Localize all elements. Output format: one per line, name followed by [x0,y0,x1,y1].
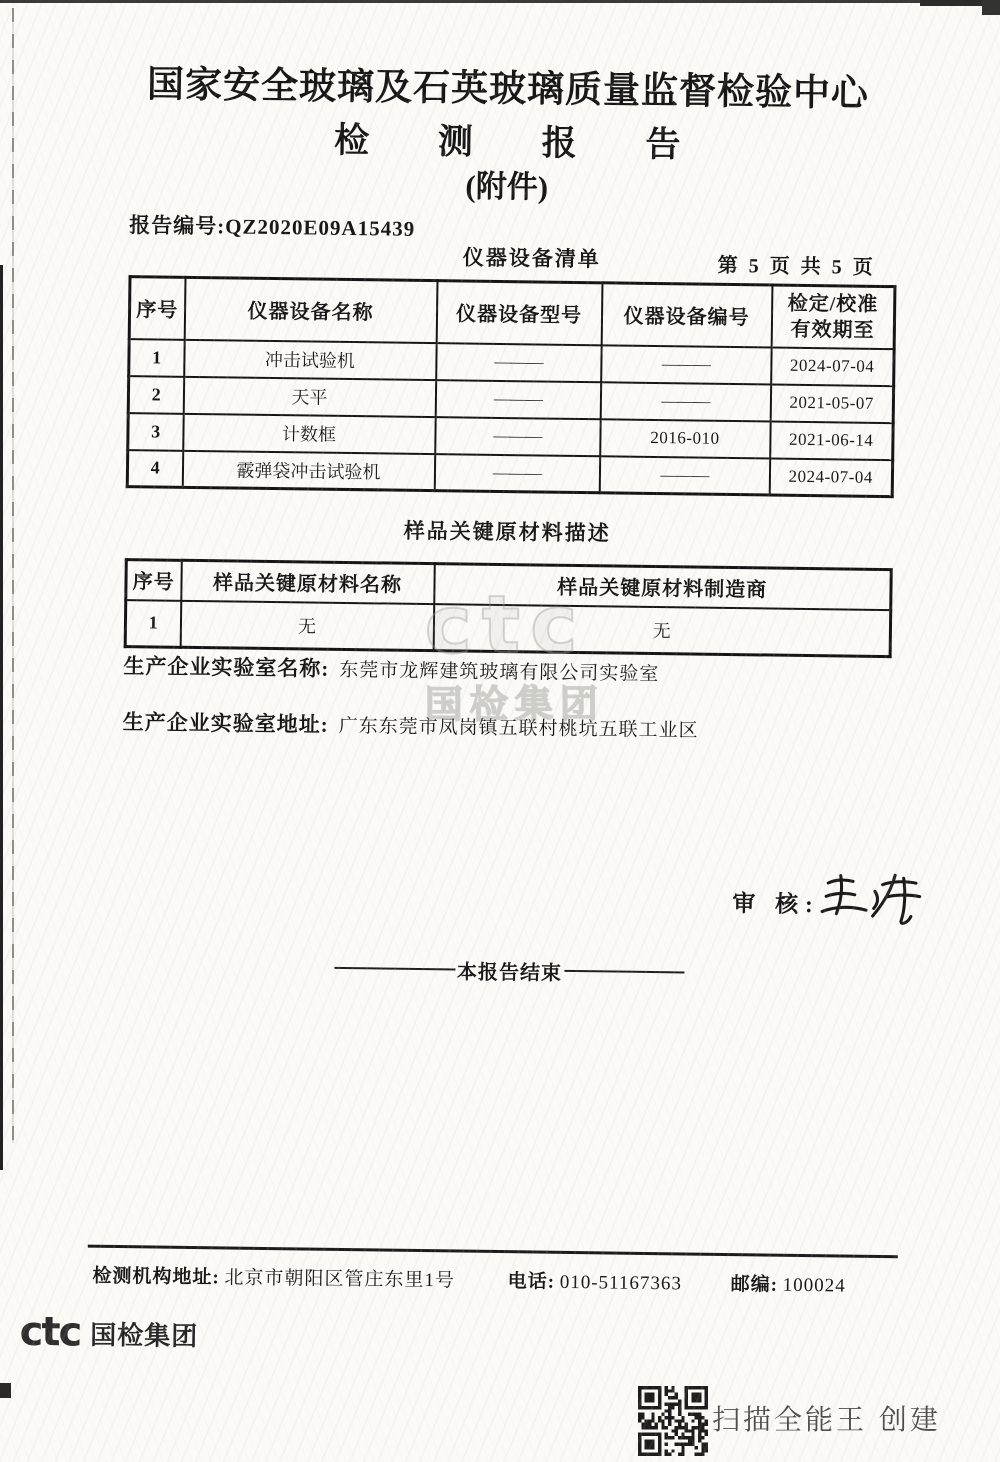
footer-rule [88,1245,898,1259]
cell-index: 4 [127,450,182,488]
divider-line-right [564,970,685,974]
page-indicator: 第 5 页 共 5 页 [718,249,876,280]
equipment-table: 序号 仪器设备名称 仪器设备型号 仪器设备编号 检定/校准 有效期至 1 冲击试… [126,275,897,498]
lab-address-line: 生产企业实验室地址:广东东莞市凤岗镇五联村桃坑五联工业区 [122,706,698,744]
qr-code [638,1386,708,1456]
cell-index: 2 [128,376,183,414]
center-name-title: 国家安全玻璃及石英玻璃质量监督检验中心 [8,52,1000,119]
cell-index: 3 [128,413,183,451]
report-end-text: 本报告结束 [455,955,564,985]
document-content: ctc 国检集团 国家安全玻璃及石英玻璃质量监督检验中心 检 测 报 告 (附件… [0,0,1000,1462]
org-address-label: 检测机构地址: [92,1266,220,1289]
lab-name-value: 东莞市龙辉建筑玻璃有限公司实验室 [339,660,659,685]
reviewer-signature [819,862,925,938]
cell-serial: ——— [600,382,770,421]
phone-value: 010-51167363 [560,1272,682,1295]
ctc-logo-name: 国检集团 [90,1314,198,1352]
ctc-logo-abbr: ctc [19,1312,80,1353]
cell-name: 天平 [183,376,435,416]
ctc-logo: ctc 国检集团 [19,1312,198,1354]
cell-material-name: 无 [180,600,434,650]
lab-name-label: 生产企业实验室名称: [123,654,329,681]
zip-label: 邮编: [731,1274,779,1296]
cell-serial: ——— [601,345,771,384]
report-number-value: QZ2020E09A15439 [225,214,415,240]
scanned-document-page: ctc 国检集团 国家安全玻璃及石英玻璃质量监督检验中心 检 测 报 告 (附件… [0,0,1000,1462]
col-header-valid-line2: 有效期至 [772,316,893,344]
cell-model: ——— [435,380,600,419]
lab-address-label: 生产企业实验室地址: [123,710,329,737]
col-header-name: 仪器设备名称 [184,277,437,342]
cell-model: ——— [436,343,601,382]
table-row: 1 无 无 [125,600,891,657]
divider-line-left [334,967,455,971]
cell-serial: ——— [599,456,769,495]
cell-valid-date: 2024-07-04 [769,458,892,497]
review-label: 审 核: [732,885,820,919]
lab-address-value: 广东东莞市凤岗镇五联村桃坑五联工业区 [339,716,699,742]
footer-info-line: 检测机构地址: 北京市朝阳区管庄东里1号 电话: 010-51167363 邮编… [92,1261,952,1299]
cell-index: 1 [125,600,181,648]
cell-model: ——— [435,417,600,456]
materials-section-title: 样品关键原材料描述 [7,510,1000,553]
cell-valid-date: 2021-05-07 [770,384,893,423]
col-header-valid-line1: 检定/校准 [773,290,894,318]
cell-valid-date: 2021-06-14 [770,421,893,460]
cell-manufacturer: 无 [433,604,891,657]
cell-name: 冲击试验机 [184,339,436,379]
cell-name: 霰弹袋冲击试验机 [182,450,434,490]
org-address-value: 北京市朝阳区管庄东里1号 [224,1267,455,1291]
lab-name-line: 生产企业实验室名称:东莞市龙辉建筑玻璃有限公司实验室 [123,650,659,687]
cell-valid-date: 2024-07-04 [771,347,894,386]
materials-table: 序号 样品关键原材料名称 样品关键原材料制造商 1 无 无 [124,558,893,658]
col-header-index: 序号 [126,560,182,601]
cell-model: ——— [434,454,599,493]
col-header-material-name: 样品关键原材料名称 [181,560,435,603]
col-header-model: 仪器设备型号 [436,281,602,345]
col-header-manufacturer: 样品关键原材料制造商 [434,564,891,610]
cell-index: 1 [129,339,184,377]
cell-name: 计数框 [183,413,435,453]
cell-serial: 2016-010 [600,419,770,458]
equipment-table-header-row: 序号 仪器设备名称 仪器设备型号 仪器设备编号 检定/校准 有效期至 [129,277,895,349]
phone-label: 电话: [508,1271,556,1293]
scanner-credit: 扫描全能王 创建 [712,1398,941,1438]
col-header-serial: 仪器设备编号 [601,283,772,347]
report-number-label: 报告编号: [129,213,225,238]
report-end-divider: 本报告结束 [334,950,684,991]
col-header-index: 序号 [129,277,185,340]
zip-value: 100024 [783,1275,846,1297]
col-header-valid: 检定/校准 有效期至 [771,285,895,349]
